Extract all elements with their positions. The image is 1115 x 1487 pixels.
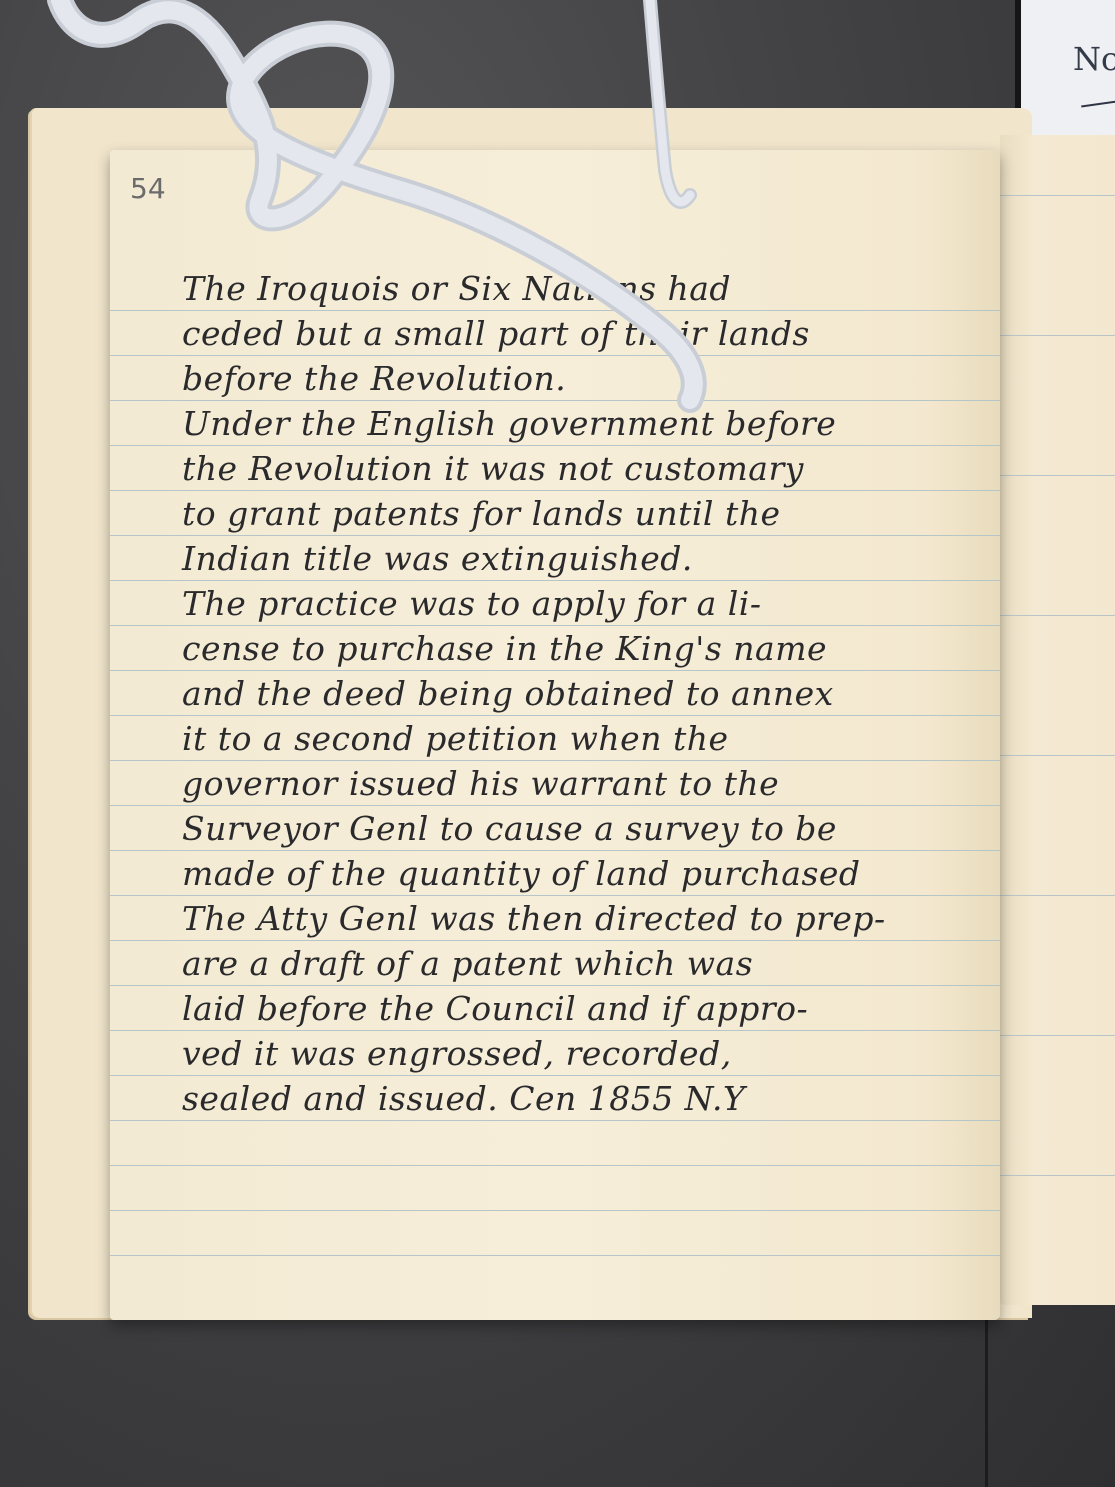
text-line: and the deed being obtained to annex [182,671,1002,716]
text-line: before the Revolution. [182,356,1002,401]
right-page [1000,135,1115,1305]
label-card-text: Nc [1073,40,1115,78]
text-line: cense to purchase in the King's name [182,626,1002,671]
rule-line [1000,1035,1115,1036]
text-line: laid before the Council and if appro- [182,986,1002,1031]
rule-line [110,1210,1000,1211]
rule-line [110,1255,1000,1256]
text-line: ved it was engrossed, recorded, [182,1031,1002,1076]
text-line: ceded but a small part of their lands [182,311,1002,356]
rule-line [1000,895,1115,896]
notebook-page: 54 The Iroquois or Six Nations had ceded… [110,150,1000,1320]
text-line: The Atty Genl was then directed to prep- [182,896,1002,941]
text-line: the Revolution it was not customary [182,446,1002,491]
text-line: Surveyor Genl to cause a survey to be [182,806,1002,851]
rule-line [1000,755,1115,756]
rule-line [1000,335,1115,336]
rule-line [110,1165,1000,1166]
text-line: made of the quantity of land purchased [182,851,1002,896]
text-line: Indian title was extinguished. [182,536,1002,581]
page-number: 54 [130,172,166,205]
photo-scene: Nc 54 T [0,0,1115,1487]
text-line: sealed and issued. Cen 1855 N.Y [182,1076,1002,1121]
text-line: it to a second petition when the [182,716,1002,761]
text-line: The Iroquois or Six Nations had [182,266,1002,311]
text-line: The practice was to apply for a li- [182,581,1002,626]
rule-line [1000,1175,1115,1176]
rule-line [1000,195,1115,196]
handwritten-text: The Iroquois or Six Nations had ceded bu… [182,266,1002,1121]
text-line: to grant patents for lands until the [182,491,1002,536]
text-line: Under the English government before [182,401,1002,446]
label-underline [1081,99,1115,108]
rule-line [1000,475,1115,476]
text-line: governor issued his warrant to the [182,761,1002,806]
rule-line [1000,615,1115,616]
text-line: are a draft of a patent which was [182,941,1002,986]
